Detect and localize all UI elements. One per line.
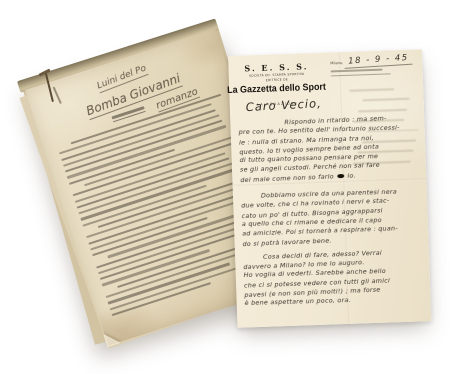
printed-address-line — [331, 73, 391, 77]
dateline-place: Milano, — [330, 61, 343, 66]
salutation: Caro Vecio, — [245, 96, 322, 114]
photograph-scene: Luini del Po Bomba Giovanni romanzo S. E… — [0, 0, 450, 374]
ink-blot — [337, 173, 344, 178]
letter-page: S. E. S. S. SOCIETÀ ED. STAMPA SPORTIVA … — [228, 49, 431, 328]
letterhead: S. E. S. S. SOCIETÀ ED. STAMPA SPORTIVA … — [230, 61, 322, 64]
dateline-date: 18 - 9 - 45 — [344, 53, 413, 69]
printed-address-line — [331, 69, 383, 72]
typed-line — [111, 282, 210, 316]
showthrough-line — [363, 98, 410, 101]
letterhead-brand: La Gazzetta dello Sport — [227, 82, 321, 96]
binding-cord — [53, 87, 62, 104]
dateline: Milano, 18 - 9 - 45 — [328, 53, 417, 82]
showthrough-line — [358, 109, 407, 112]
showthrough-line — [349, 88, 394, 91]
letter-body: Rispondo in ritardo : ma sem-pre con te.… — [238, 113, 427, 309]
